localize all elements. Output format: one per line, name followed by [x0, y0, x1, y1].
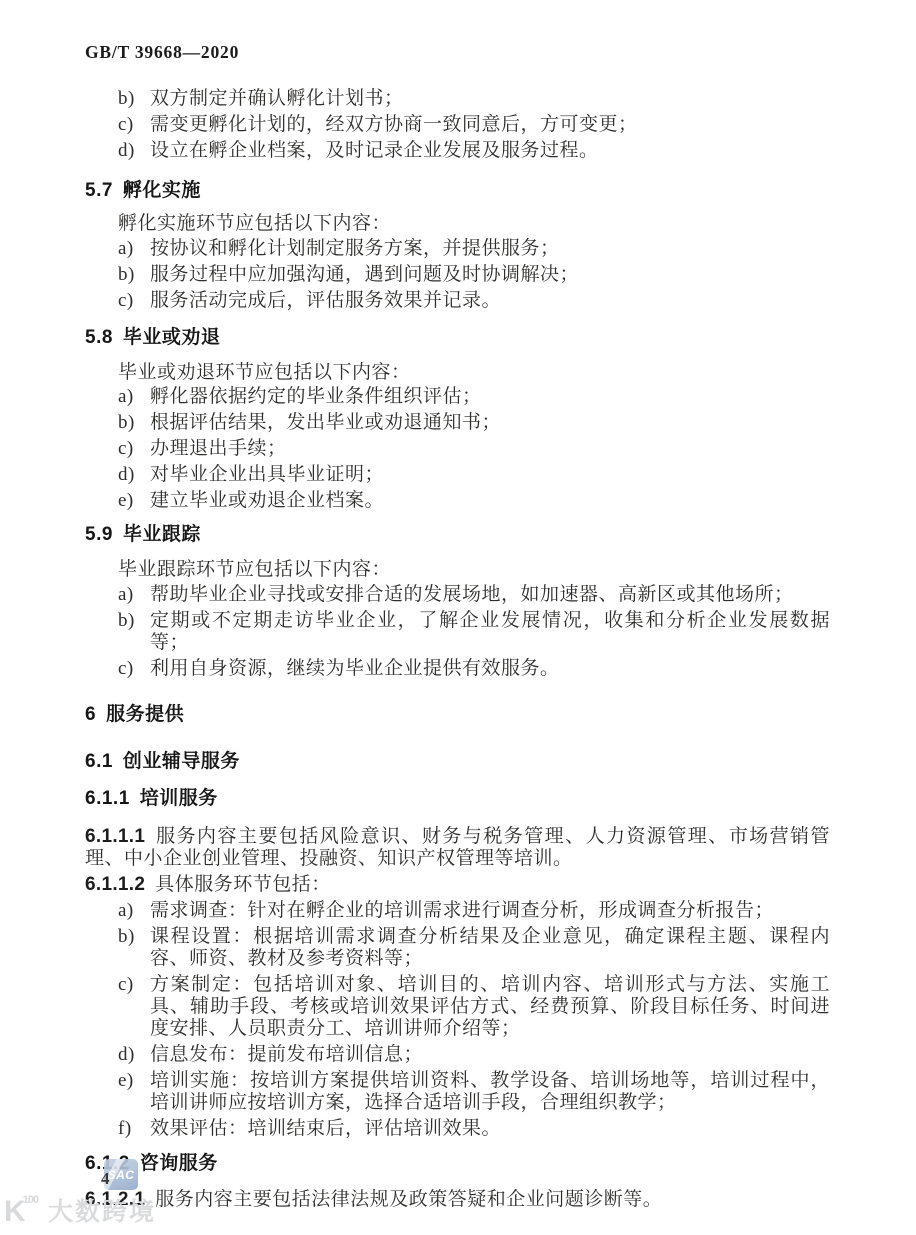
section-title: 培训服务 — [140, 787, 218, 811]
item-text: 根据评估结果，发出毕业或劝退通知书； — [150, 412, 830, 434]
standard-number-header: GB/T 39668—2020 — [85, 42, 830, 62]
clause-number: 6.1.1.1 — [85, 826, 145, 847]
section-heading-6-1-2: 6.1.2 咨询服务 — [85, 1152, 830, 1176]
item-label: a) — [118, 386, 150, 408]
item-label: b) — [118, 412, 150, 434]
item-text: 对毕业企业出具毕业证明； — [150, 464, 830, 486]
item-label: c) — [118, 974, 150, 1040]
item-label: c) — [118, 290, 150, 312]
item-text: 效果评估：培训结束后，评估培训效果。 — [150, 1118, 830, 1140]
list-item: d) 信息发布：提前发布培训信息； — [85, 1044, 830, 1066]
item-text: 帮助毕业企业寻找或安排合适的发展场地，如加速器、高新区或其他场所； — [150, 584, 830, 606]
section-intro: 毕业或劝退环节应包括以下内容： — [118, 362, 830, 384]
dashu-watermark-text: 大数跨境 — [48, 1198, 156, 1226]
document-page: GB/T 39668—2020 b) 双方制定并确认孵化计划书； c) 需变更孵… — [0, 0, 916, 1235]
section-intro: 毕业跟踪环节应包括以下内容： — [118, 559, 830, 581]
item-label: f) — [118, 1118, 150, 1140]
section-number: 6.1.1 — [85, 787, 130, 811]
section-heading-5-7: 5.7 孵化实施 — [85, 179, 830, 203]
item-text: 孵化器依据约定的毕业条件组织评估； — [150, 386, 830, 408]
section-number: 5.7 — [85, 179, 113, 203]
list-item: b) 根据评估结果，发出毕业或劝退通知书； — [85, 412, 830, 434]
section-heading-5-9: 5.9 毕业跟踪 — [85, 523, 830, 547]
dashu-kuajing-watermark: K100 大数跨境 — [4, 1198, 156, 1226]
dashu-logo-icon: K100 — [4, 1198, 40, 1226]
clause-6-1-1-2-list: a) 需求调查：针对在孵企业的培训需求进行调查分析，形成调查分析报告； b) 课… — [85, 900, 830, 1140]
sac-logo-text: SAC — [108, 1168, 135, 1182]
item-text: 需变更孵化计划的，经双方协商一致同意后，方可变更； — [150, 114, 830, 136]
section-intro: 孵化实施环节应包括以下内容： — [118, 213, 830, 235]
item-label: a) — [118, 238, 150, 260]
item-label: b) — [118, 264, 150, 286]
item-label: b) — [118, 88, 150, 110]
list-item: a) 孵化器依据约定的毕业条件组织评估； — [85, 386, 830, 408]
clause-text: 服务内容主要包括风险意识、财务与税务管理、人力资源管理、市场营销管理、中小企业创… — [85, 826, 830, 869]
dashu-logo-letter: K — [4, 1195, 25, 1228]
list-item: b) 服务过程中应加强沟通，遇到问题及时协调解决； — [85, 264, 830, 286]
item-text: 需求调查：针对在孵企业的培训需求进行调查分析，形成调查分析报告； — [150, 900, 830, 922]
list-item: a) 帮助毕业企业寻找或安排合适的发展场地，如加速器、高新区或其他场所； — [85, 584, 830, 606]
section-5-8-list: a) 孵化器依据约定的毕业条件组织评估； b) 根据评估结果，发出毕业或劝退通知… — [85, 386, 830, 512]
item-text: 培训实施：按培训方案提供培训资料、教学设备、培训场地等，培训过程中，培训讲师应按… — [150, 1070, 830, 1114]
section-number: 5.8 — [85, 326, 113, 350]
list-item: b) 双方制定并确认孵化计划书； — [85, 88, 830, 110]
item-text: 服务活动完成后，评估服务效果并记录。 — [150, 290, 830, 312]
list-item: e) 培训实施：按培训方案提供培训资料、教学设备、培训场地等，培训过程中，培训讲… — [85, 1070, 830, 1114]
item-label: d) — [118, 140, 150, 162]
section-number: 5.9 — [85, 523, 113, 547]
list-item: c) 需变更孵化计划的，经双方协商一致同意后，方可变更； — [85, 114, 830, 136]
item-text: 课程设置：根据培训需求调查分析结果及企业意见，确定课程主题、课程内容、师资、教材… — [150, 926, 830, 970]
section-number: 6.1 — [85, 750, 113, 774]
chapter-heading-6: 6 服务提供 — [85, 703, 830, 727]
list-item: d) 设立在孵企业档案，及时记录企业发展及服务过程。 — [85, 140, 830, 162]
item-label: e) — [118, 1070, 150, 1114]
section-title: 毕业跟踪 — [123, 523, 201, 547]
list-item: c) 办理退出手续； — [85, 438, 830, 460]
section-5-7-list: a) 按协议和孵化计划制定服务方案，并提供服务； b) 服务过程中应加强沟通，遇… — [85, 238, 830, 312]
section-title: 孵化实施 — [123, 179, 201, 203]
list-item: c) 服务活动完成后，评估服务效果并记录。 — [85, 290, 830, 312]
list-item: e) 建立毕业或劝退企业档案。 — [85, 490, 830, 512]
item-text: 办理退出手续； — [150, 438, 830, 460]
section-title: 咨询服务 — [140, 1152, 218, 1176]
item-label: b) — [118, 610, 150, 654]
item-text: 利用自身资源，继续为毕业企业提供有效服务。 — [150, 658, 830, 680]
item-text: 双方制定并确认孵化计划书； — [150, 88, 830, 110]
list-item: b) 定期或不定期走访毕业企业，了解企业发展情况，收集和分析企业发展数据等； — [85, 610, 830, 654]
item-label: a) — [118, 584, 150, 606]
section-heading-5-8: 5.8 毕业或劝退 — [85, 326, 830, 350]
item-text: 服务过程中应加强沟通，遇到问题及时协调解决； — [150, 264, 830, 286]
section-title: 创业辅导服务 — [123, 750, 240, 774]
item-label: c) — [118, 114, 150, 136]
item-label: d) — [118, 1044, 150, 1066]
dashu-logo-sup: 100 — [23, 1194, 38, 1206]
clause-text: 具体服务环节包括： — [155, 874, 331, 895]
item-label: c) — [118, 438, 150, 460]
section-number: 6 — [85, 703, 96, 727]
item-label: c) — [118, 658, 150, 680]
clause-6-1-1-2: 6.1.1.2具体服务环节包括： — [85, 874, 830, 896]
item-text: 按协议和孵化计划制定服务方案，并提供服务； — [150, 238, 830, 260]
list-item: b) 课程设置：根据培训需求调查分析结果及企业意见，确定课程主题、课程内容、师资… — [85, 926, 830, 970]
section-title: 服务提供 — [106, 703, 184, 727]
section-5-9-list: a) 帮助毕业企业寻找或安排合适的发展场地，如加速器、高新区或其他场所； b) … — [85, 584, 830, 680]
item-label: b) — [118, 926, 150, 970]
clause-number: 6.1.1.2 — [85, 874, 145, 895]
item-label: d) — [118, 464, 150, 486]
list-item: a) 需求调查：针对在孵企业的培训需求进行调查分析，形成调查分析报告； — [85, 900, 830, 922]
item-label: a) — [118, 900, 150, 922]
item-text: 方案制定：包括培训对象、培训目的、培训内容、培训形式与方法、实施工具、辅助手段、… — [150, 974, 830, 1040]
list-item: f) 效果评估：培训结束后，评估培训效果。 — [85, 1118, 830, 1140]
page-content: GB/T 39668—2020 b) 双方制定并确认孵化计划书； c) 需变更孵… — [0, 0, 916, 1211]
section-title: 毕业或劝退 — [123, 326, 221, 350]
list-item: d) 对毕业企业出具毕业证明； — [85, 464, 830, 486]
list-item: a) 按协议和孵化计划制定服务方案，并提供服务； — [85, 238, 830, 260]
list-item: c) 利用自身资源，继续为毕业企业提供有效服务。 — [85, 658, 830, 680]
item-text: 设立在孵企业档案，及时记录企业发展及服务过程。 — [150, 140, 830, 162]
section-heading-6-1-1: 6.1.1 培训服务 — [85, 787, 830, 811]
item-text: 信息发布：提前发布培训信息； — [150, 1044, 830, 1066]
clause-text: 服务内容主要包括法律法规及政策答疑和企业问题诊断等。 — [155, 1189, 662, 1210]
section-heading-6-1: 6.1 创业辅导服务 — [85, 750, 830, 774]
item-text: 建立毕业或劝退企业档案。 — [150, 490, 830, 512]
item-text: 定期或不定期走访毕业企业，了解企业发展情况，收集和分析企业发展数据等； — [150, 610, 830, 654]
item-label: e) — [118, 490, 150, 512]
clause-6-1-1-1: 6.1.1.1服务内容主要包括风险意识、财务与税务管理、人力资源管理、市场营销管… — [85, 826, 830, 870]
list-item: c) 方案制定：包括培训对象、培训目的、培训内容、培训形式与方法、实施工具、辅助… — [85, 974, 830, 1040]
page-number: 4 — [101, 1168, 110, 1190]
carryover-list: b) 双方制定并确认孵化计划书； c) 需变更孵化计划的，经双方协商一致同意后，… — [85, 88, 830, 162]
clause-6-1-2-1: 6.1.2.1服务内容主要包括法律法规及政策答疑和企业问题诊断等。 — [85, 1189, 830, 1211]
